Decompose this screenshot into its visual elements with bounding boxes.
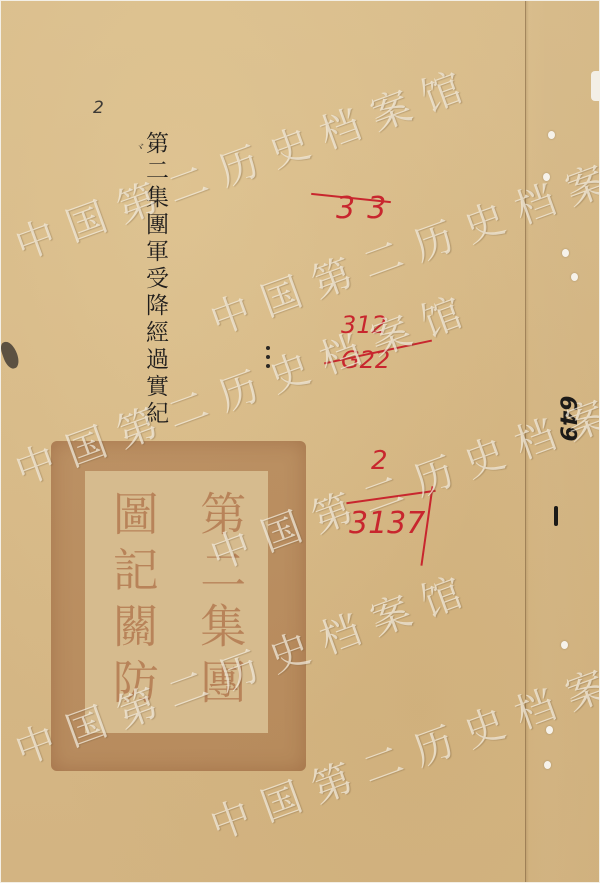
official-seal: 圖記關防 第二集團	[51, 441, 306, 771]
binding-hole	[562, 249, 569, 257]
fraction-line	[346, 490, 435, 505]
archival-document-page: 2 ヾヾ 第二集團軍受降經過實紀 33 312 G22 2 3137 649 圖…	[1, 1, 599, 882]
red-annotation-middle-denominator: G22	[341, 346, 390, 374]
binding-hole	[571, 273, 578, 281]
document-title: 第二集團軍受降經過實紀	[143, 131, 166, 428]
ink-stain	[1, 339, 21, 370]
binding-hole	[546, 726, 553, 734]
seal-column-right: 第二集團	[181, 479, 261, 725]
fold-line	[525, 1, 526, 882]
archive-sub-mark	[554, 506, 558, 526]
red-annotation-top: 33	[336, 191, 398, 226]
ink-dots	[266, 346, 272, 376]
torn-edge	[591, 71, 599, 101]
seal-face: 圖記關防 第二集團	[85, 471, 268, 733]
binding-hole	[544, 761, 551, 769]
page-number: 2	[93, 98, 104, 118]
binding-hole	[543, 173, 550, 181]
seal-column-left: 圖記關防	[93, 479, 173, 725]
binding-hole	[561, 641, 568, 649]
watermark: 中国第二历史档案馆	[6, 51, 482, 271]
archive-number: 649	[554, 396, 579, 442]
binding-hole	[548, 131, 555, 139]
paper-margin-strip	[526, 1, 599, 882]
red-annotation-bottom-numerator: 2	[371, 446, 388, 476]
red-annotation-bottom-denominator: 3137	[349, 506, 425, 541]
red-annotation-middle-numerator: 312	[341, 311, 387, 339]
